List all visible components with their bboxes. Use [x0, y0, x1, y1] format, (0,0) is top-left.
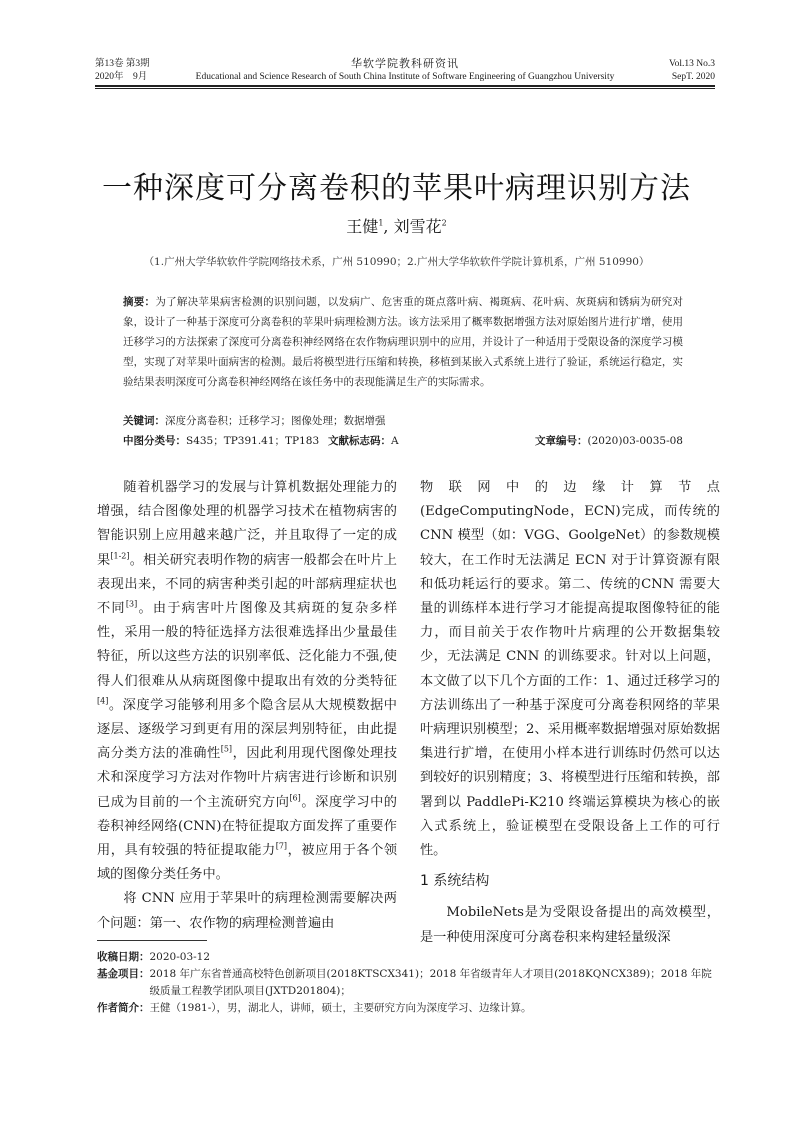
document-code: 文献标志码：A	[328, 432, 399, 450]
classification-meta: 中图分类号：S435；TP391.41；TP183 文献标志码：A 文章编号：(…	[123, 432, 683, 450]
body-paragraph: 将 CNN 应用于苹果叶的病理检测需要解决两个问题：第一、农作物的病理检测普遍由	[97, 887, 397, 935]
volume-issue-en: Vol.13 No.3	[669, 58, 715, 71]
body-paragraph: 物联网中的边缘计算节点(EdgeComputingNode，ECN)完成，而传统…	[420, 476, 720, 863]
author-separator: ,	[383, 217, 393, 236]
body-column-left: 随着机器学习的发展与计算机数据处理能力的增强，结合图像处理的机器学习技术在植物病…	[97, 476, 397, 936]
abstract: 摘要：为了解决苹果病害检测的识别问题，以发病广、危害重的斑点落叶病、褐斑病、花叶…	[123, 292, 683, 392]
abstract-text: 为了解决苹果病害检测的识别问题，以发病广、危害重的斑点落叶病、褐斑病、花叶病、灰…	[123, 296, 683, 388]
citation: [1-2]	[110, 551, 129, 560]
running-header: 第13卷 第3期 华软学院教科研资讯 Vol.13 No.3 2020年 9月 …	[95, 58, 715, 88]
date-en: SepT. 2020	[672, 71, 715, 84]
author-name: 刘雪花	[394, 217, 442, 236]
footnotes: 收稿日期：2020-03-12 基金项目：2018 年广东省普通高校特色创新项目…	[97, 949, 722, 1017]
keywords: 关键词：深度分离卷积；迁移学习；图像处理；数据增强	[123, 412, 683, 430]
keywords-text: 深度分离卷积；迁移学习；图像处理；数据增强	[165, 415, 386, 427]
citation: [6]	[289, 793, 300, 802]
citation: [3]	[126, 600, 137, 609]
citation: [4]	[97, 696, 108, 705]
author-list: 王健1, 刘雪花2	[0, 214, 793, 237]
citation: [7]	[276, 842, 287, 851]
journal-name-cn: 华软学院教科研资讯	[95, 58, 715, 71]
footnote-funding: 基金项目：2018 年广东省普通高校特色创新项目(2018KTSCX341)；2…	[97, 966, 722, 1000]
keywords-label: 关键词：	[123, 415, 165, 427]
paper-title: 一种深度可分离卷积的苹果叶病理识别方法	[0, 163, 793, 207]
header-divider	[95, 85, 715, 89]
body-paragraph: 随着机器学习的发展与计算机数据处理能力的增强，结合图像处理的机器学习技术在植物病…	[97, 476, 397, 887]
body-column-right: 物联网中的边缘计算节点(EdgeComputingNode，ECN)完成，而传统…	[420, 476, 720, 950]
journal-name-en: Educational and Science Research of Sout…	[95, 71, 715, 84]
footnote-author-bio: 作者简介：王健（1981-），男，湖北人，讲师，硕士，主要研究方向为深度学习、边…	[97, 1000, 722, 1017]
citation: [5]	[221, 745, 232, 754]
article-number: 文章编号：(2020)03-0035-08	[535, 432, 683, 450]
affiliations: （1.广州大学华软软件学院网络技术系，广州 510990；2.广州大学华软软件学…	[0, 254, 793, 269]
abstract-label: 摘要：	[123, 296, 155, 308]
footnote-divider	[97, 940, 207, 941]
clc-number: 中图分类号：S435；TP391.41；TP183	[123, 432, 319, 450]
author-name: 王健	[346, 217, 378, 236]
section-heading: 1 系统结构	[420, 869, 720, 893]
body-paragraph: MobileNets是为受限设备提出的高效模型，是一种使用深度可分离卷积来构建轻…	[420, 901, 720, 949]
footnote-received: 收稿日期：2020-03-12	[97, 949, 722, 966]
author-affiliation-mark: 2	[442, 219, 447, 228]
